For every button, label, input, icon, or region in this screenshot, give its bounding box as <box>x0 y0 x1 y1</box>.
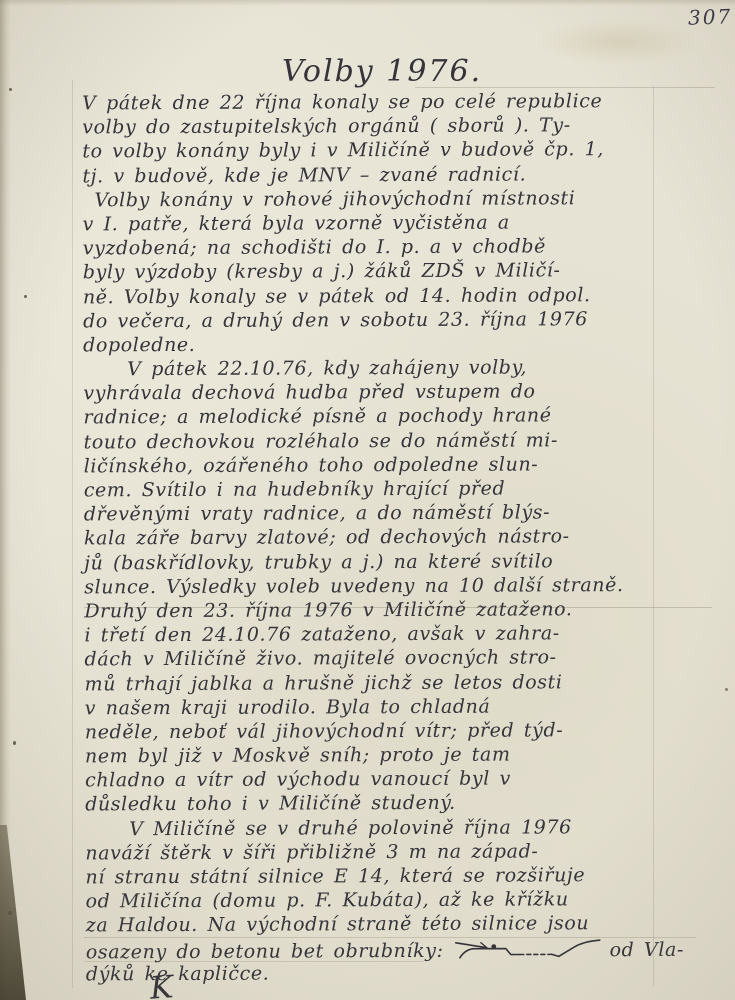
manuscript-line: vyzdobená; na schodišti do I. p. a v cho… <box>83 234 727 261</box>
curb-line-text-after: od Vla- <box>610 938 684 960</box>
pasted-sheet-left-edge <box>72 80 73 988</box>
curb-profile-sketch <box>453 936 603 963</box>
manuscript-line: dopoledne. <box>83 330 727 357</box>
manuscript-line: i třetí den 24.10.76 zataženo, avšak v z… <box>84 621 728 648</box>
manuscript-line: radnice; a melodické písně a pochody hra… <box>83 403 727 430</box>
manuscript-line: dách v Miličíně živo. majitelé ovocných … <box>84 645 728 672</box>
manuscript-line: naváží štěrk v šíři přibližně 3 m na záp… <box>85 838 729 865</box>
manuscript-line: ní stranu státní silnice E 14, která se … <box>85 863 729 890</box>
manuscript-line: dřevěnými vraty radnice, a do náměstí bl… <box>84 500 728 527</box>
paper-speck <box>13 741 16 745</box>
manuscript-line: nem byl již v Moskvě sníh; proto je tam <box>85 742 729 769</box>
paper-stain <box>538 20 698 64</box>
manuscript-line: V pátek dne 22 října konaly se po celé r… <box>82 89 726 116</box>
manuscript-line: tj. v budově, kde je MNV – zvané radnicí… <box>82 161 726 188</box>
manuscript-line: slunce. Výsledky voleb uvedeny na 10 dal… <box>84 572 728 599</box>
manuscript-line: v I. patře, která byla vzorně vyčistěna … <box>83 210 727 237</box>
pen-stroke: K <box>149 969 175 1000</box>
paper-speck <box>24 295 27 298</box>
manuscript-line: dýků ke kapličce. <box>86 959 730 986</box>
scan-corner-bottom-left <box>0 825 26 1000</box>
manuscript-line: ličínského, ozářeného toho odpoledne slu… <box>84 451 728 478</box>
manuscript-line: chladno a vítr od východu vanoucí byl v <box>85 766 729 793</box>
manuscript-line: cem. Svítilo i na hudebníky hrající před <box>84 476 728 503</box>
page-title: Volby 1976. <box>282 54 482 89</box>
manuscript-line: Volby konány v rohové jihovýchodní místn… <box>82 185 726 212</box>
manuscript-line: od Miličína (domu p. F. Kubáta), až ke k… <box>86 887 730 914</box>
manuscript-line: jů (baskřídlovky, trubky a j.) na které … <box>84 548 728 575</box>
page-number: 307 <box>688 4 733 30</box>
manuscript-line: kala záře barvy zlatové; od dechových ná… <box>84 524 728 551</box>
manuscript-line: touto dechovkou rozléhalo se do náměstí … <box>84 427 728 454</box>
manuscript-line: mů trhají jablka a hrušně jichž se letos… <box>85 669 729 696</box>
curb-line-text-before: osazeny do betonu bet obrubníky: <box>86 939 444 963</box>
manuscript-line: ně. Volby konaly se v pátek od 14. hodin… <box>83 282 727 309</box>
scan-edge-top <box>0 0 735 6</box>
manuscript-line: V Miličíně se v druhé polovině října 197… <box>85 814 729 841</box>
manuscript-line: důsledku toho i v Miličíně studený. <box>85 790 729 817</box>
manuscript-line: byly výzdoby (kresby a j.) žáků ZDŠ v Mi… <box>83 258 727 285</box>
manuscript-text: V pátek dne 22 října konaly se po celé r… <box>82 89 730 987</box>
manuscript-line: v našem kraji urodilo. Byla to chladná <box>85 693 729 720</box>
manuscript-line: to volby konány byly i v Miličíně v budo… <box>82 137 726 164</box>
manuscript-line: do večera, a druhý den v sobotu 23. říjn… <box>83 306 727 333</box>
manuscript-line: neděle, neboť vál jihovýchodní vítr; pře… <box>85 717 729 744</box>
manuscript-line: Druhý den 23. října 1976 v Miličíně zata… <box>84 597 728 624</box>
manuscript-line-with-sketch: osazeny do betonu bet obrubníky: od Vla- <box>86 935 730 962</box>
manuscript-line: vyhrávala dechová hudba před vstupem do <box>83 379 727 406</box>
manuscript-line: V pátek 22.10.76, kdy zahájeny volby, <box>83 355 727 382</box>
manuscript-line: volby do zastupitelských orgánů ( sborů … <box>82 113 726 140</box>
manuscript-line: za Haldou. Na východní straně této silni… <box>86 911 730 938</box>
